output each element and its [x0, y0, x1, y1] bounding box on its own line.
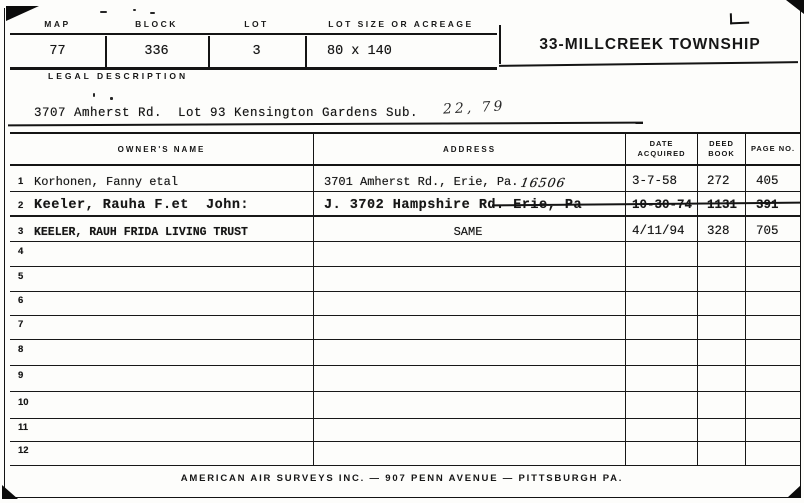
- page-no-cell: 705: [745, 217, 800, 241]
- scan-speck: [150, 12, 155, 14]
- page-no-cell: [745, 442, 800, 465]
- map-label: MAP: [10, 19, 105, 29]
- deed-book-cell: 272: [697, 166, 745, 191]
- deed-book-cell: [697, 242, 745, 266]
- date-acquired-cell: [625, 242, 697, 266]
- owner-name-text: Korhonen, Fanny etal: [34, 175, 178, 189]
- table-row: 8: [10, 340, 800, 366]
- page-no-cell: [745, 419, 800, 441]
- address-cell: [313, 267, 625, 291]
- block-label: BLOCK: [105, 19, 208, 29]
- row-number: 4: [18, 246, 34, 257]
- date-acquired-cell: [625, 316, 697, 339]
- date-acquired-cell: [625, 392, 697, 418]
- deed-book-cell: [697, 392, 745, 418]
- page-no-cell: [745, 340, 800, 365]
- date-acquired-cell: [625, 292, 697, 315]
- row-number: 6: [18, 295, 34, 306]
- column-header-address: ADDRESS: [313, 134, 625, 164]
- page-no-cell: 405: [745, 166, 800, 191]
- lot-size-value: 80 x 140: [305, 44, 497, 59]
- table-row: 11: [10, 419, 800, 442]
- row-number: 1: [18, 176, 34, 187]
- owner-name-cell: 1Korhonen, Fanny etal: [10, 166, 313, 191]
- row-number: 8: [18, 344, 34, 355]
- township-title: 33-MILLCREEK TOWNSHIP: [505, 36, 795, 54]
- owner-name-text: Keeler, Rauha F.et John:: [34, 198, 249, 213]
- page-no-cell: 391: [745, 192, 800, 215]
- row-number: 10: [18, 397, 34, 408]
- date-acquired-cell: 4/11/94: [625, 217, 697, 241]
- address-cell: [313, 392, 625, 418]
- scan-speck: [133, 9, 136, 11]
- header-field-lot-size: LOT SIZE OR ACREAGE 80 x 140: [305, 19, 497, 59]
- date-acquired-cell: [625, 419, 697, 441]
- lot-size-label: LOT SIZE OR ACREAGE: [305, 19, 497, 29]
- address-cell: [313, 316, 625, 339]
- owner-name-cell: 6: [10, 292, 313, 315]
- header-field-map: MAP 77: [10, 19, 105, 59]
- address-cell: SAME: [313, 217, 625, 241]
- date-acquired-cell: [625, 340, 697, 365]
- map-value: 77: [10, 44, 105, 59]
- row-number: 3: [18, 226, 34, 237]
- address-cell: [313, 366, 625, 391]
- deed-book-cell: [697, 267, 745, 291]
- owner-name-cell: 4: [10, 242, 313, 266]
- address-cell: [313, 292, 625, 315]
- address-cell: 3701 Amherst Rd., Erie, Pa.16506: [313, 166, 625, 191]
- scan-corner-mark-bottom-left-icon: [2, 485, 18, 499]
- row-number: 7: [18, 319, 34, 330]
- lot-label: LOT: [208, 19, 305, 29]
- page-no-cell: [745, 392, 800, 418]
- owners-table-header: OWNER'S NAME ADDRESS DATE ACQUIRED DEED …: [10, 132, 800, 166]
- owner-name-cell: 7: [10, 316, 313, 339]
- column-header-deed-book: DEED BOOK: [697, 134, 745, 164]
- handwritten-corner-mark: [730, 13, 749, 25]
- owners-table-rows: 1Korhonen, Fanny etal 3701 Amherst Rd., …: [10, 166, 800, 466]
- table-row: 9: [10, 366, 800, 392]
- owner-name-cell: 12: [10, 442, 313, 465]
- date-acquired-cell: [625, 442, 697, 465]
- table-row: 6: [10, 292, 800, 316]
- date-acquired-cell: [625, 267, 697, 291]
- row-number: 12: [18, 445, 34, 456]
- deed-book-cell: 1131: [697, 192, 745, 215]
- scan-speck: [100, 11, 107, 13]
- page-no-cell: [745, 242, 800, 266]
- address-text: J. 3702 Hampshire Rd. Erie, Pa: [324, 198, 582, 213]
- page-no-cell: [745, 366, 800, 391]
- address-cell: J. 3702 Hampshire Rd. Erie, Pa: [313, 192, 625, 215]
- table-row: 1Korhonen, Fanny etal 3701 Amherst Rd., …: [10, 166, 800, 192]
- row-number: 5: [18, 271, 34, 282]
- block-value: 336: [105, 44, 208, 59]
- header-field-block: BLOCK 336: [105, 19, 208, 59]
- table-row: 10: [10, 392, 800, 419]
- row-number: 11: [18, 422, 34, 433]
- table-row: 7: [10, 316, 800, 340]
- date-acquired-cell: [625, 366, 697, 391]
- header-divider: [499, 25, 501, 64]
- page-no-cell: [745, 292, 800, 315]
- page-no-cell: [745, 316, 800, 339]
- lot-value: 3: [208, 44, 305, 59]
- owner-name-cell: 10: [10, 392, 313, 418]
- owner-name-text: KEELER, RAUH FRIDA LIVING TRUST: [34, 226, 248, 239]
- date-acquired-cell: 10-30-74: [625, 192, 697, 215]
- deed-book-cell: [697, 442, 745, 465]
- property-record-card: MAP 77 BLOCK 336 LOT 3 LOT SIZE OR ACREA…: [0, 0, 804, 503]
- scan-corner-mark-top-right-icon: [786, 0, 804, 14]
- column-header-date-acquired: DATE ACQUIRED: [625, 134, 697, 164]
- address-cell: [313, 442, 625, 465]
- address-text: SAME: [454, 225, 483, 239]
- date-acquired-cell: 3-7-58: [625, 166, 697, 191]
- column-header-page-no: PAGE NO.: [745, 134, 800, 164]
- deed-book-cell: [697, 419, 745, 441]
- deed-book-cell: [697, 366, 745, 391]
- address-cell: [313, 340, 625, 365]
- scan-speck: [93, 93, 95, 97]
- scan-corner-mark-bottom-right-icon: [787, 485, 801, 498]
- table-row: 5: [10, 267, 800, 292]
- owner-name-cell: 5: [10, 267, 313, 291]
- header-field-lot: LOT 3: [208, 19, 305, 59]
- row-number: 2: [18, 200, 34, 211]
- legal-description-handwritten-note: 22, 79: [443, 98, 506, 117]
- owner-name-cell: 9: [10, 366, 313, 391]
- legal-description-label: LEGAL DESCRIPTION: [48, 71, 188, 81]
- owners-table: OWNER'S NAME ADDRESS DATE ACQUIRED DEED …: [10, 132, 800, 466]
- page-no-cell: [745, 267, 800, 291]
- deed-book-cell: [697, 292, 745, 315]
- legal-description-text: 3707 Amherst Rd. Lot 93 Kensington Garde…: [34, 106, 418, 120]
- row-number: 9: [18, 370, 34, 381]
- column-header-owner-name: OWNER'S NAME: [10, 134, 313, 164]
- deed-book-cell: [697, 316, 745, 339]
- deed-book-cell: 328: [697, 217, 745, 241]
- footer-text: AMERICAN AIR SURVEYS INC. — 907 PENN AVE…: [0, 473, 804, 484]
- rule-under-header-values: [10, 67, 497, 70]
- scan-speck: [110, 97, 113, 100]
- table-row: 12: [10, 442, 800, 466]
- owner-name-cell: 11: [10, 419, 313, 441]
- owner-name-cell: 3KEELER, RAUH FRIDA LIVING TRUST: [10, 217, 313, 241]
- owner-name-cell: 2Keeler, Rauha F.et John:: [10, 192, 313, 215]
- address-cell: [313, 419, 625, 441]
- owner-name-cell: 8: [10, 340, 313, 365]
- table-row: 2Keeler, Rauha F.et John: J. 3702 Hampsh…: [10, 192, 800, 217]
- address-text: 3701 Amherst Rd., Erie, Pa.: [324, 175, 518, 189]
- table-row: 3KEELER, RAUH FRIDA LIVING TRUST SAME 4/…: [10, 217, 800, 242]
- table-row: 4: [10, 242, 800, 267]
- address-handwritten-note: 16506: [520, 175, 567, 190]
- deed-book-cell: [697, 340, 745, 365]
- address-cell: [313, 242, 625, 266]
